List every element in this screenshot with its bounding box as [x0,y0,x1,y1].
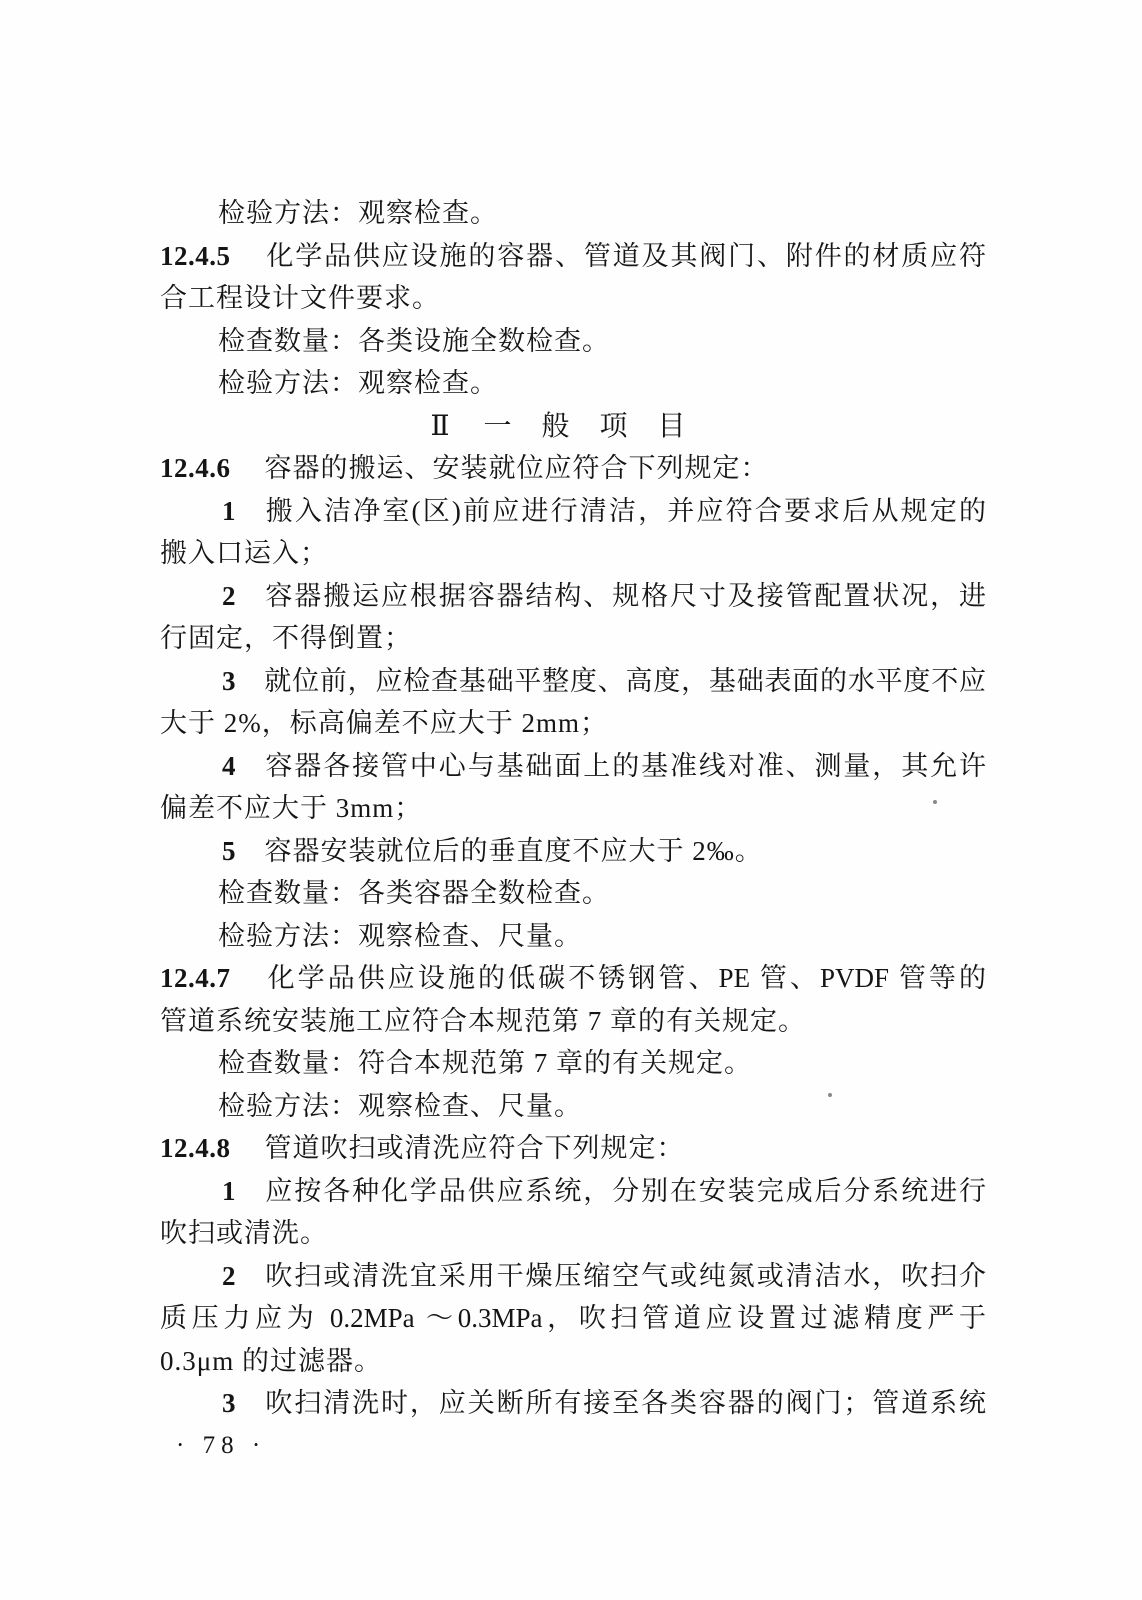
clause-number: 12.4.7 [160,963,231,993]
text-line: 检查数量：各类容器全数检查。 [160,872,986,915]
line-text: 0.3μm 的过滤器。 [160,1346,382,1376]
text-line: 大于 2%，标高偏差不应大于 2mm； [160,702,986,745]
item-number: 2 [222,1261,236,1291]
line-text: 检验方法：观察检查。 [218,198,498,228]
line-text: 就位前，应检查基础平整度、高度，基础表面的水平度不应 [264,666,987,696]
clause-12-4-7: 12.4.7化学品供应设施的低碳不锈钢管、PE 管、PVDF 管等的 [160,957,986,1000]
item-number: 3 [222,1388,236,1418]
text-line: 质压力应为 0.2MPa ～0.3MPa，吹扫管道应设置过滤精度严于 [160,1297,986,1340]
page-number-text: · 78 · [176,1432,266,1459]
line-text: 应按各种化学品供应系统，分别在安装完成后分系统进行 [264,1176,987,1206]
line-text: 容器搬运应根据容器结构、规格尺寸及接管配置状况，进 [264,581,987,611]
text-line: 检验方法：观察检查、尺量。 [160,915,986,958]
line-text: 合工程设计文件要求。 [160,283,440,313]
line-text: 吹扫或清洗宜采用干燥压缩空气或纯氮或清洁水，吹扫介 [264,1261,987,1291]
line-text: 化学品供应设施的低碳不锈钢管、PE 管、PVDF 管等的 [265,963,987,993]
line-text: 吹扫或清洗。 [160,1218,328,1248]
list-item: 5容器安装就位后的垂直度不应大于 2‰。 [160,830,986,873]
line-text: 吹扫清洗时，应关断所有接至各类容器的阀门；管道系统 [264,1388,987,1418]
clause-number: 12.4.5 [160,241,231,271]
text-line: 吹扫或清洗。 [160,1212,986,1255]
item-number: 1 [222,1176,236,1206]
text-line: 检查数量：符合本规范第 7 章的有关规定。 [160,1042,986,1085]
line-text: 检查数量：符合本规范第 7 章的有关规定。 [218,1048,752,1078]
text-line: 合工程设计文件要求。 [160,277,986,320]
list-item: 2吹扫或清洗宜采用干燥压缩空气或纯氮或清洁水，吹扫介 [160,1255,986,1298]
line-text: 大于 2%，标高偏差不应大于 2mm； [160,708,608,738]
item-number: 3 [222,666,236,696]
text-line: 检验方法：观察检查。 [160,192,986,235]
line-text: 检查数量：各类容器全数检查。 [218,878,610,908]
clause-number: 12.4.8 [160,1133,231,1163]
scan-speck [828,1093,832,1097]
line-text: 偏差不应大于 3mm； [160,793,422,823]
line-text: 搬入口运入； [160,538,328,568]
text-line: 检验方法：观察检查。 [160,362,986,405]
scan-speck [933,800,937,804]
page-number: · 78 · [160,1425,986,1468]
list-item: 3吹扫清洗时，应关断所有接至各类容器的阀门；管道系统 [160,1382,986,1425]
line-text: 质压力应为 0.2MPa ～0.3MPa，吹扫管道应设置过滤精度严于 [160,1303,986,1333]
line-text: 容器各接管中心与基础面上的基准线对准、测量，其允许 [264,751,987,781]
line-text: 容器的搬运、安装就位应符合下列规定： [265,453,769,483]
heading-numeral: Ⅱ [430,411,449,442]
line-text: 检查数量：各类设施全数检查。 [218,326,610,356]
text-line: 管道系统安装施工应符合本规范第 7 章的有关规定。 [160,1000,986,1043]
text-line: 行固定，不得倒置； [160,617,986,660]
line-text: 搬入洁净室(区)前应进行清洁，并应符合要求后从规定的 [264,496,987,526]
item-number: 1 [222,496,236,526]
line-text: 检验方法：观察检查、尺量。 [218,921,582,951]
clause-12-4-5: 12.4.5化学品供应设施的容器、管道及其阀门、附件的材质应符 [160,235,986,278]
text-block: 检验方法：观察检查。 12.4.5化学品供应设施的容器、管道及其阀门、附件的材质… [160,192,986,1467]
text-line: 检验方法：观察检查、尺量。 [160,1085,986,1128]
list-item: 3就位前，应检查基础平整度、高度，基础表面的水平度不应 [160,660,986,703]
document-page: 检验方法：观察检查。 12.4.5化学品供应设施的容器、管道及其阀门、附件的材质… [0,0,1142,1600]
line-text: 检验方法：观察检查。 [218,368,498,398]
list-item: 4容器各接管中心与基础面上的基准线对准、测量，其允许 [160,745,986,788]
item-number: 5 [222,836,237,866]
line-text: 管道吹扫或清洗应符合下列规定： [265,1133,685,1163]
line-text: 容器安装就位后的垂直度不应大于 2‰。 [265,836,763,866]
text-line: 检查数量：各类设施全数检查。 [160,320,986,363]
text-line: 搬入口运入； [160,532,986,575]
section-heading: Ⅱ一般项目 [160,405,986,448]
line-text: 管道系统安装施工应符合本规范第 7 章的有关规定。 [160,1006,806,1036]
heading-title: 一般项目 [484,411,716,442]
clause-number: 12.4.6 [160,453,231,483]
item-number: 2 [222,581,236,611]
item-number: 4 [222,751,236,781]
clause-12-4-8: 12.4.8管道吹扫或清洗应符合下列规定： [160,1127,986,1170]
list-item: 2容器搬运应根据容器结构、规格尺寸及接管配置状况，进 [160,575,986,618]
clause-12-4-6: 12.4.6容器的搬运、安装就位应符合下列规定： [160,447,986,490]
line-text: 行固定，不得倒置； [160,623,412,653]
list-item: 1应按各种化学品供应系统，分别在安装完成后分系统进行 [160,1170,986,1213]
text-line: 0.3μm 的过滤器。 [160,1340,986,1383]
text-line: 偏差不应大于 3mm； [160,787,986,830]
line-text: 检验方法：观察检查、尺量。 [218,1091,582,1121]
list-item: 1搬入洁净室(区)前应进行清洁，并应符合要求后从规定的 [160,490,986,533]
line-text: 化学品供应设施的容器、管道及其阀门、附件的材质应符 [265,241,987,271]
